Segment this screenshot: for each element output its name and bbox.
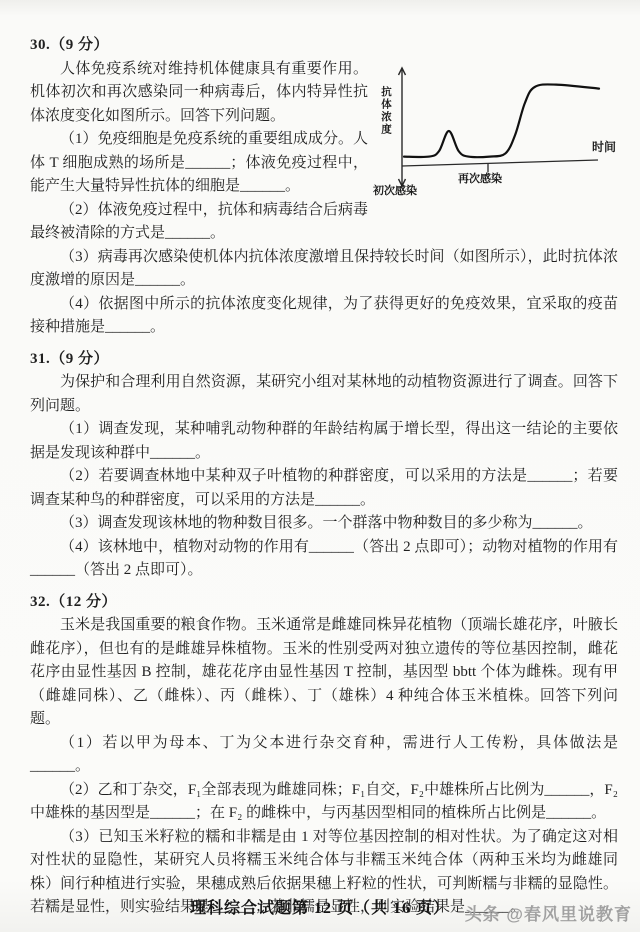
watermark: 头条 @春风里说教育 xyxy=(465,903,632,927)
question-31-intro: 为保护和合理利用自然资源，某研究小组对某林地的动植物资源进行了调查。回答下列问题… xyxy=(30,371,618,418)
question-32-number: 32.（12 分） xyxy=(30,591,618,615)
question-32-intro: 玉米是我国重要的粮食作物。玉米通常是雌雄同株异花植物（顶端长雄花序，叶腋长雌花序… xyxy=(30,614,618,732)
question-32: 32.（12 分） 玉米是我国重要的粮食作物。玉米通常是雌雄同株异花植物（顶端长… xyxy=(30,591,618,920)
x-axis xyxy=(402,160,598,166)
chart-x-axis-label: 时间 xyxy=(592,141,616,153)
antibody-concentration-chart: 抗体浓度 时间 初次感染 再次感染 xyxy=(376,60,618,200)
question-30: 30.（9 分） 抗体浓度 时间 初次感染 再次感染 人体免疫系统对维持机体健康… xyxy=(30,34,618,340)
question-32-part-1: （1）若以甲为母本、丁为父本进行杂交育种，需进行人工传粉，具体做法是______… xyxy=(30,732,618,779)
question-31: 31.（9 分） 为保护和合理利用自然资源，某研究小组对某林地的动植物资源进行了… xyxy=(30,348,618,583)
exam-page: 30.（9 分） 抗体浓度 时间 初次感染 再次感染 人体免疫系统对维持机体健康… xyxy=(0,0,640,932)
question-31-part-1: （1）调查发现，某种哺乳动物种群的年龄结构属于增长型，得出这一结论的主要依据是发… xyxy=(30,418,618,465)
question-31-number: 31.（9 分） xyxy=(30,348,618,372)
antibody-curve xyxy=(404,84,599,157)
question-30-part-3: （3）病毒再次感染使机体内抗体浓度激增且保持较长时间（如图所示），此时抗体浓度激… xyxy=(30,246,618,293)
question-31-part-3: （3）调查发现该林地的物种数目很多。一个群落中物种数目的多少称为______。 xyxy=(30,512,618,536)
second-infection-label: 再次感染 xyxy=(458,173,502,185)
question-32-part-2: （2）乙和丁杂交，F₁全部表现为雌雄同株；F₁自交，F₂中雄株所占比例为____… xyxy=(30,779,618,826)
question-31-part-2: （2）若要调查林地中某种双子叶植物的种群密度，可以采用的方法是______；若要… xyxy=(30,465,618,512)
question-31-part-4: （4）该林地中，植物对动物的作用有______（答出 2 点即可）；动物对植物的… xyxy=(30,536,618,583)
chart-y-axis-label: 抗体浓度 xyxy=(379,86,391,136)
question-30-part-4: （4）依据图中所示的抗体浓度变化规律，为了获得更好的免疫效果，宜采取的疫苗接种措… xyxy=(30,293,618,340)
question-30-part-2: （2）体液免疫过程中，抗体和病毒结合后病毒最终被清除的方式是______。 xyxy=(30,199,618,246)
question-30-number: 30.（9 分） xyxy=(30,34,618,58)
first-infection-label: 初次感染 xyxy=(373,185,417,197)
